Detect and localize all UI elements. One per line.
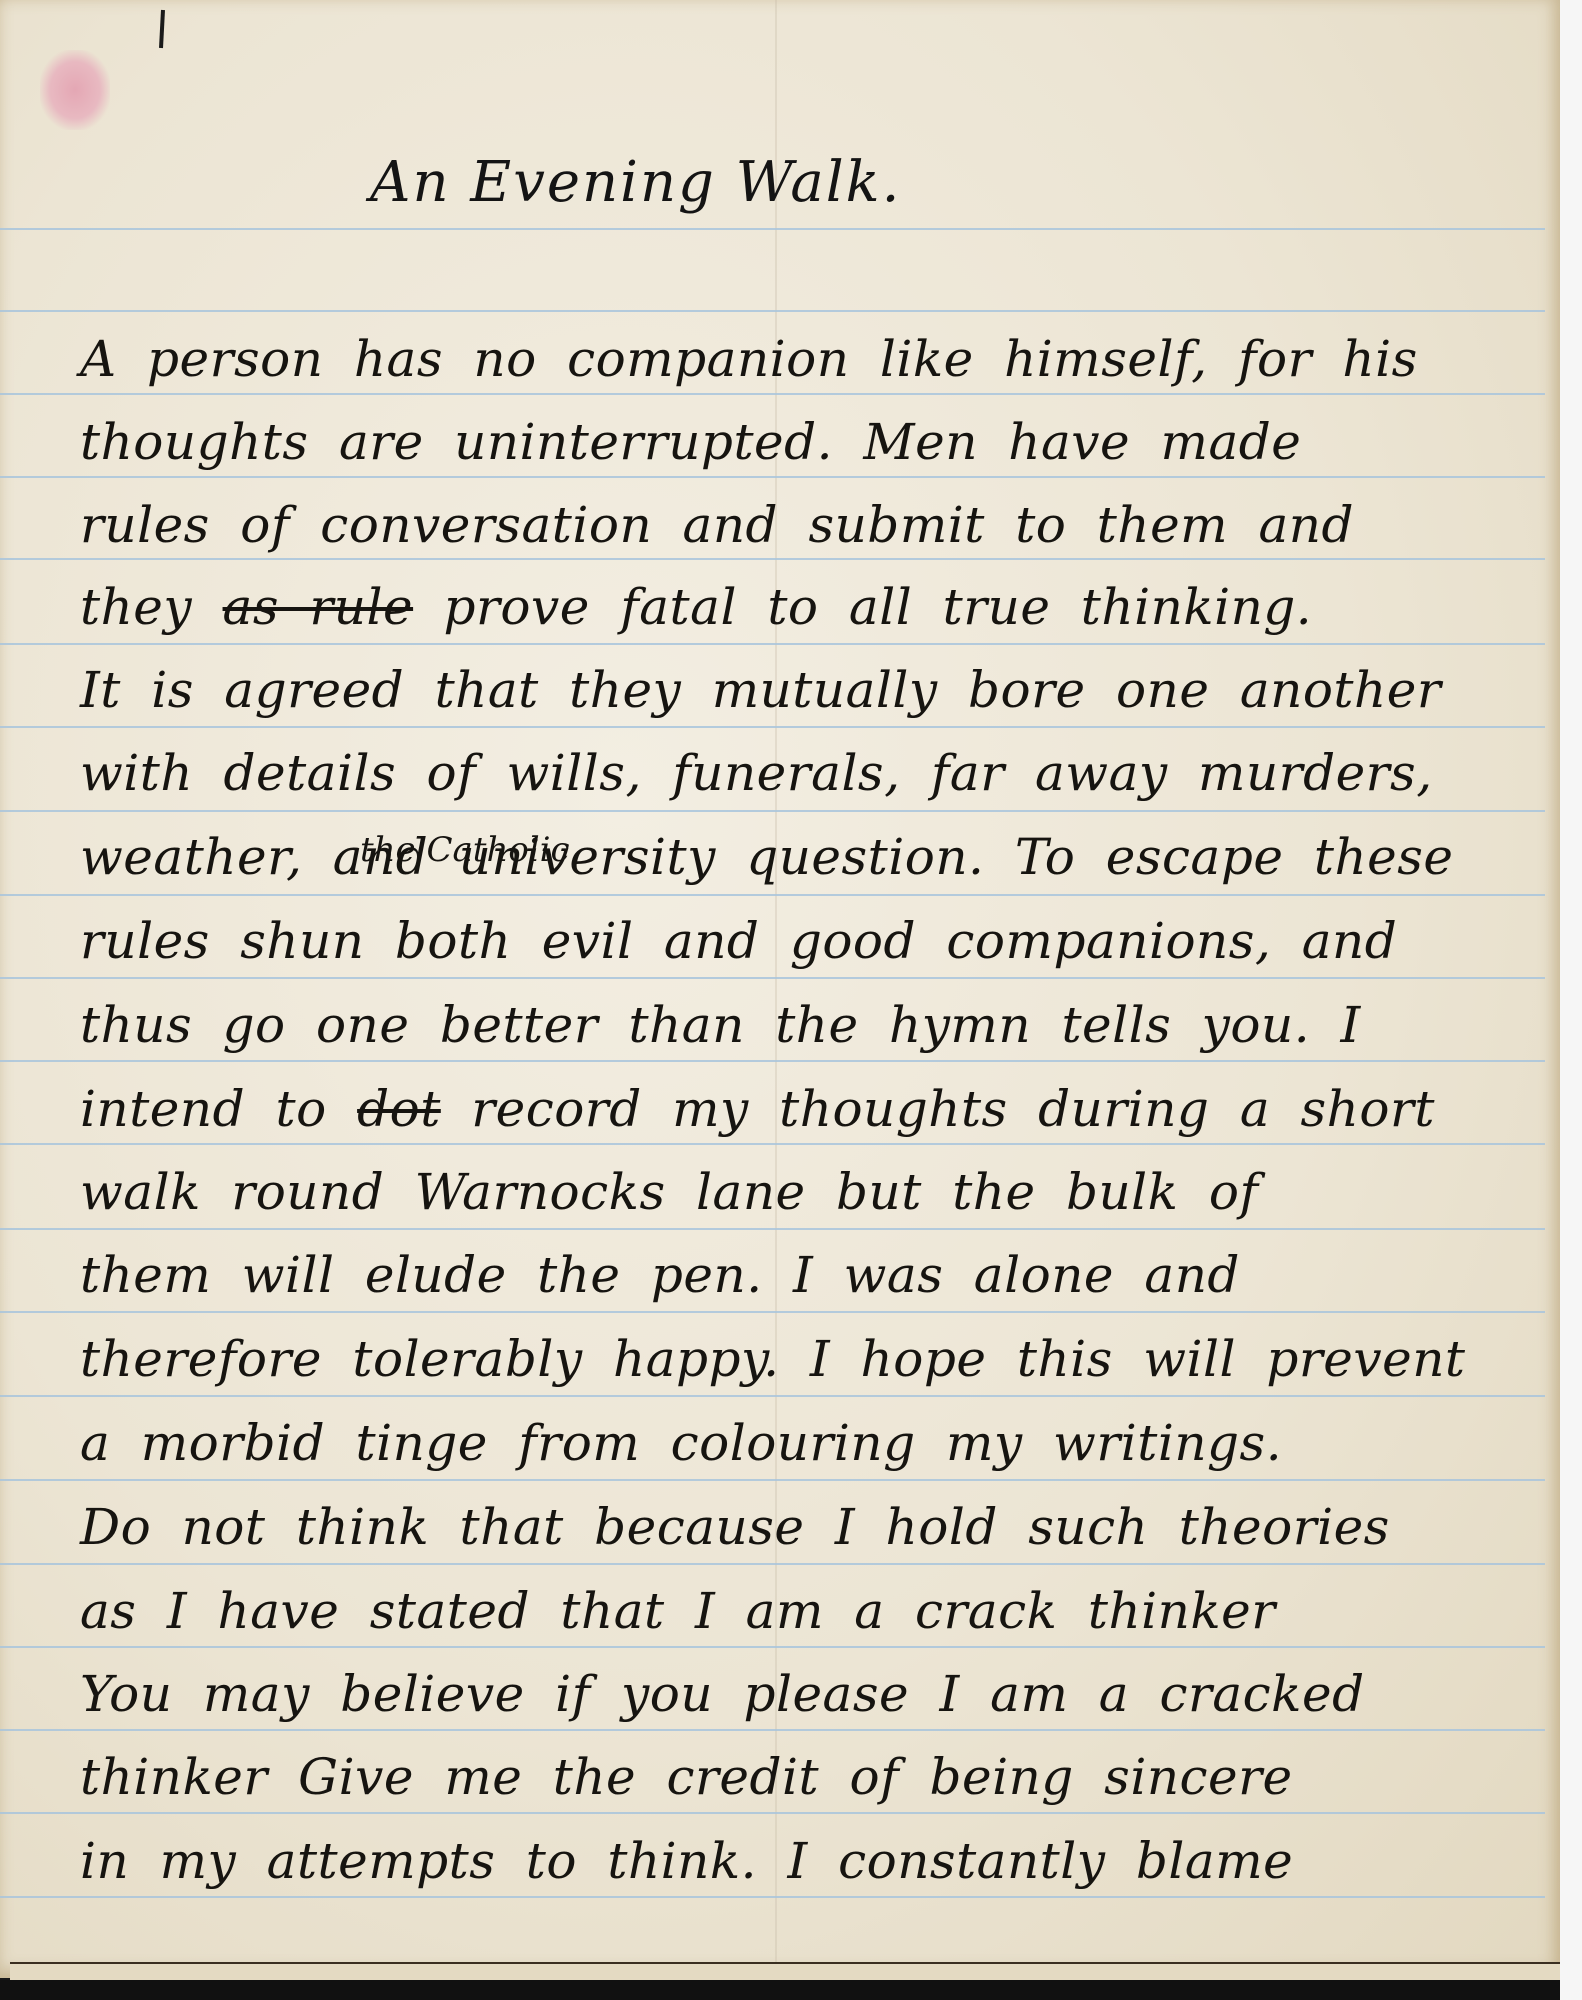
scan-background xyxy=(0,1980,1582,2000)
text-line-14: a morbid tinge from colouring my writing… xyxy=(80,1414,1550,1472)
text-line-15: Do not think that because I hold such th… xyxy=(80,1498,1550,1556)
ruled-line xyxy=(0,558,1545,560)
ruled-line xyxy=(0,393,1545,395)
ruled-line xyxy=(0,1060,1545,1062)
struck-text: dot xyxy=(357,1080,441,1138)
page-number-mark xyxy=(159,10,165,48)
text-line-18: thinker Give me the credit of being sinc… xyxy=(80,1748,1550,1806)
text-line-6: with details of wills, funerals, far awa… xyxy=(80,744,1550,802)
text-line-19: in my attempts to think. I constantly bl… xyxy=(80,1832,1550,1890)
ruled-line xyxy=(0,1729,1545,1731)
line-4-end: prove fatal to all true thinking. xyxy=(444,578,1313,636)
ruled-line xyxy=(0,476,1545,478)
text-line-7: weather, and university question. To esc… xyxy=(80,828,1550,886)
text-line-17: You may believe if you please I am a cra… xyxy=(80,1665,1550,1723)
ruled-line xyxy=(0,310,1545,312)
text-line-11: walk round Warnocks lane but the bulk of xyxy=(80,1163,1550,1221)
text-line-16: as I have stated that I am a crack think… xyxy=(80,1582,1550,1640)
manuscript-page: An Evening Walk. A person has no compani… xyxy=(0,0,1563,1978)
ruled-line xyxy=(0,1563,1545,1565)
ruled-line xyxy=(0,643,1545,645)
ruled-line xyxy=(0,1479,1545,1481)
ruled-line xyxy=(0,1228,1545,1230)
scan-margin xyxy=(1560,0,1582,2000)
ruled-line xyxy=(0,1395,1545,1397)
text-line-13: therefore tolerably happy. I hope this w… xyxy=(80,1330,1550,1388)
ruled-line xyxy=(0,977,1545,979)
ruled-line xyxy=(0,1143,1545,1145)
ruled-line xyxy=(0,726,1545,728)
text-line-4: they as rule prove fatal to all true thi… xyxy=(80,578,1550,636)
text-line-1: A person has no companion like himself, … xyxy=(80,330,1550,388)
line-10-start: intend to xyxy=(80,1080,327,1138)
ruled-line xyxy=(0,810,1545,812)
text-line-3: rules of conversation and submit to them… xyxy=(80,496,1550,554)
text-line-8: rules shun both evil and good companions… xyxy=(80,912,1550,970)
ruled-line xyxy=(0,228,1545,230)
text-line-2: thoughts are uninterrupted. Men have mad… xyxy=(80,413,1550,471)
ruled-line xyxy=(0,1812,1545,1814)
pink-wax-mark xyxy=(40,50,110,130)
page-title: An Evening Walk. xyxy=(370,150,901,215)
text-line-10: intend to dot record my thoughts during … xyxy=(80,1080,1550,1138)
text-line-9: thus go one better than the hymn tells y… xyxy=(80,996,1550,1054)
ruled-line xyxy=(0,1896,1545,1898)
line-10-end: record my thoughts during a short xyxy=(471,1080,1435,1138)
text-line-5: It is agreed that they mutually bore one… xyxy=(80,661,1550,719)
ruled-line xyxy=(0,894,1545,896)
line-4-start: they xyxy=(80,578,192,636)
text-line-12: them will elude the pen. I was alone and xyxy=(80,1246,1550,1304)
ruled-line xyxy=(0,1646,1545,1648)
page-bottom-edge xyxy=(10,1962,1570,1982)
struck-text: as rule xyxy=(223,578,414,636)
ruled-line xyxy=(0,1311,1545,1313)
